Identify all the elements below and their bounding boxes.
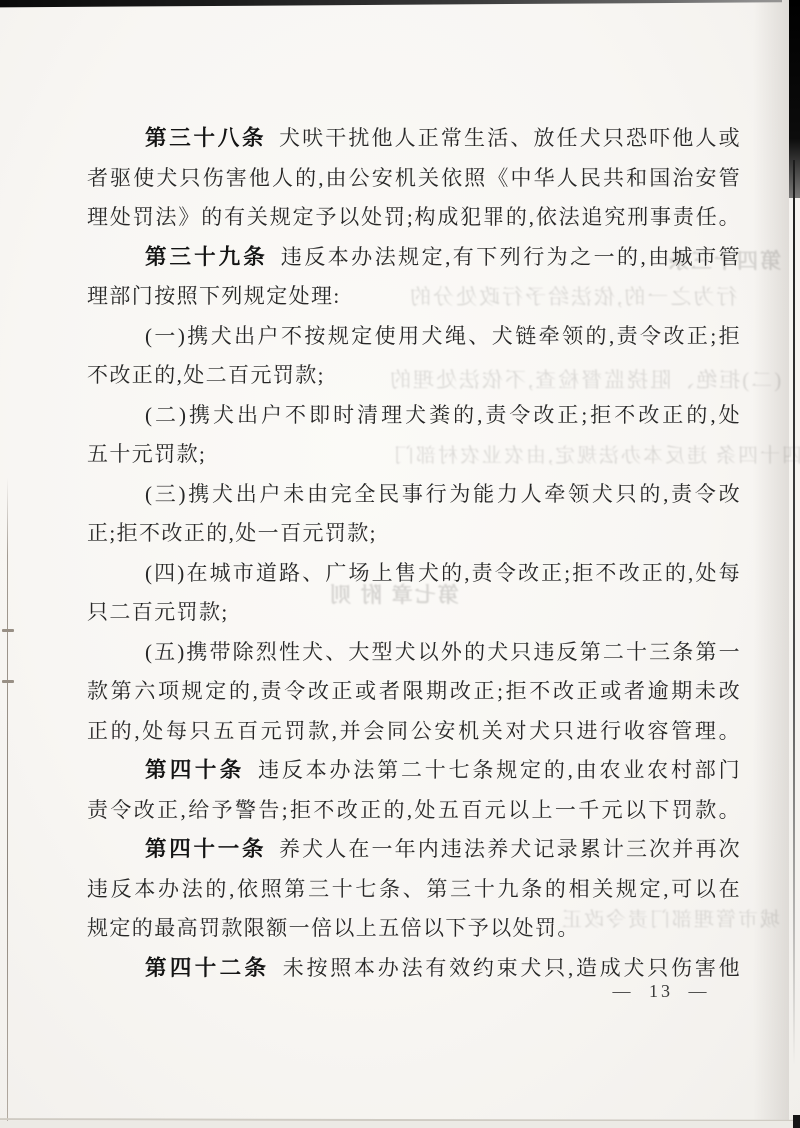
scan-edge-bottom-right — [793, 1115, 800, 1128]
scan-edge-left-line — [7, 478, 8, 1128]
line-text: 规定的最高罚款限额一倍以上五倍以下予以处罚。 — [87, 916, 580, 940]
text-line: 第四十条违反本办法第二十七条规定的,由农业农村部门 — [87, 751, 741, 791]
line-text: 只二百元罚款; — [87, 600, 229, 624]
text-line: 正的,处每只五百元罚款,并会同公安机关对犬只进行收容管理。 — [87, 712, 741, 752]
text-line: (三)携犬出户未由完全民事行为能力人牵领犬只的,责令改 — [87, 475, 741, 515]
scan-edge-right-line — [793, 160, 795, 1065]
line-text: (一)携犬出户不按规定使用犬绳、犬链牵领的,责令改正;拒 — [145, 324, 741, 348]
line-text: 未按照本办法有效约束犬只,造成犬只伤害他 — [281, 956, 741, 980]
text-line: 款第六项规定的,责令改正或者限期改正;拒不改正或者逾期未改 — [87, 672, 741, 712]
text-line: (二)携犬出户不即时清理犬粪的,责令改正;拒不改正的,处 — [87, 396, 741, 436]
text-line: 第三十九条违反本办法规定,有下列行为之一的,由城市管 — [87, 238, 741, 278]
line-text: 责令改正,给予警告;拒不改正的,处五百元以上一千元以下罚款。 — [87, 798, 741, 822]
line-text: (五)携带除烈性犬、大型犬以外的犬只违反第二十三条第一 — [145, 640, 741, 664]
text-line: (一)携犬出户不按规定使用犬绳、犬链牵领的,责令改正;拒 — [87, 317, 741, 357]
text-line: 第三十八条犬吠干扰他人正常生活、放任犬只恐吓他人或 — [87, 119, 741, 159]
line-text: 理处罚法》的有关规定予以处罚;构成犯罪的,依法追究刑事责任。 — [87, 205, 741, 229]
article-number-heading: 第四十条 — [145, 758, 245, 782]
article-number-heading: 第四十二条 — [145, 956, 269, 980]
line-text: 正;拒不改正的,处一百元罚款; — [87, 521, 377, 545]
text-line: 理处罚法》的有关规定予以处罚;构成犯罪的,依法追究刑事责任。 — [87, 198, 741, 238]
text-line: 理部门按照下列规定处理: — [87, 277, 741, 317]
line-text: (四)在城市道路、广场上售犬的,责令改正;拒不改正的,处每 — [145, 561, 741, 585]
line-text: 违反本办法规定,有下列行为之一的,由城市管 — [280, 245, 741, 269]
line-text: (二)携犬出户不即时清理犬粪的,责令改正;拒不改正的,处 — [145, 403, 741, 427]
text-line: 违反本办法的,依照第三十七条、第三十九条的相关规定,可以在 — [87, 870, 741, 910]
line-text: 理部门按照下列规定处理: — [87, 284, 341, 308]
text-line: 五十元罚款; — [87, 435, 741, 475]
line-text: (三)携犬出户未由完全民事行为能力人牵领犬只的,责令改 — [145, 482, 741, 506]
scan-edge-bottom-margin — [0, 1121, 800, 1128]
line-text: 者驱使犬只伤害他人的,由公安机关依照《中华人民共和国治安管 — [87, 166, 741, 190]
text-line: 不改正的,处二百元罚款; — [87, 356, 741, 396]
text-line: 第四十一条养犬人在一年内违法养犬记录累计三次并再次 — [87, 830, 741, 870]
line-text: 违反本办法第二十七条规定的,由农业农村部门 — [257, 758, 741, 782]
article-number-heading: 第四十一条 — [145, 837, 266, 861]
line-text: 款第六项规定的,责令改正或者限期改正;拒不改正或者逾期未改 — [87, 679, 741, 703]
text-line: (五)携带除烈性犬、大型犬以外的犬只违反第二十三条第一 — [87, 633, 741, 673]
line-text: 正的,处每只五百元罚款,并会同公安机关对犬只进行收容管理。 — [87, 719, 741, 743]
page-number: — 13 — — [596, 980, 726, 1002]
text-line: 者驱使犬只伤害他人的,由公安机关依照《中华人民共和国治安管 — [87, 159, 741, 199]
line-text: 养犬人在一年内违法养犬记录累计三次并再次 — [278, 837, 741, 861]
scanned-document-page: { "document": { "page_number": "— 13 —",… — [0, 0, 800, 1128]
text-line: (四)在城市道路、广场上售犬的,责令改正;拒不改正的,处每 — [87, 554, 741, 594]
text-line: 只二百元罚款; — [87, 593, 741, 633]
line-text: 不改正的,处二百元罚款; — [87, 363, 325, 387]
line-text: 五十元罚款; — [87, 442, 206, 466]
text-line: 规定的最高罚款限额一倍以上五倍以下予以处罚。 — [87, 909, 741, 949]
text-line: 正;拒不改正的,处一百元罚款; — [87, 514, 741, 554]
left-edge-tick — [2, 629, 14, 632]
page-curl-shadow — [753, 0, 789, 1128]
text-line: 责令改正,给予警告;拒不改正的,处五百元以上一千元以下罚款。 — [87, 791, 741, 831]
line-text: 犬吠干扰他人正常生活、放任犬只恐吓他人或 — [278, 126, 741, 150]
left-edge-tick — [2, 680, 14, 683]
line-text: 违反本办法的,依照第三十七条、第三十九条的相关规定,可以在 — [87, 877, 741, 901]
document-text: 第三十八条犬吠干扰他人正常生活、放任犬只恐吓他人或者驱使犬只伤害他人的,由公安机… — [87, 119, 741, 988]
article-number-heading: 第三十八条 — [145, 126, 266, 150]
article-number-heading: 第三十九条 — [145, 245, 268, 269]
